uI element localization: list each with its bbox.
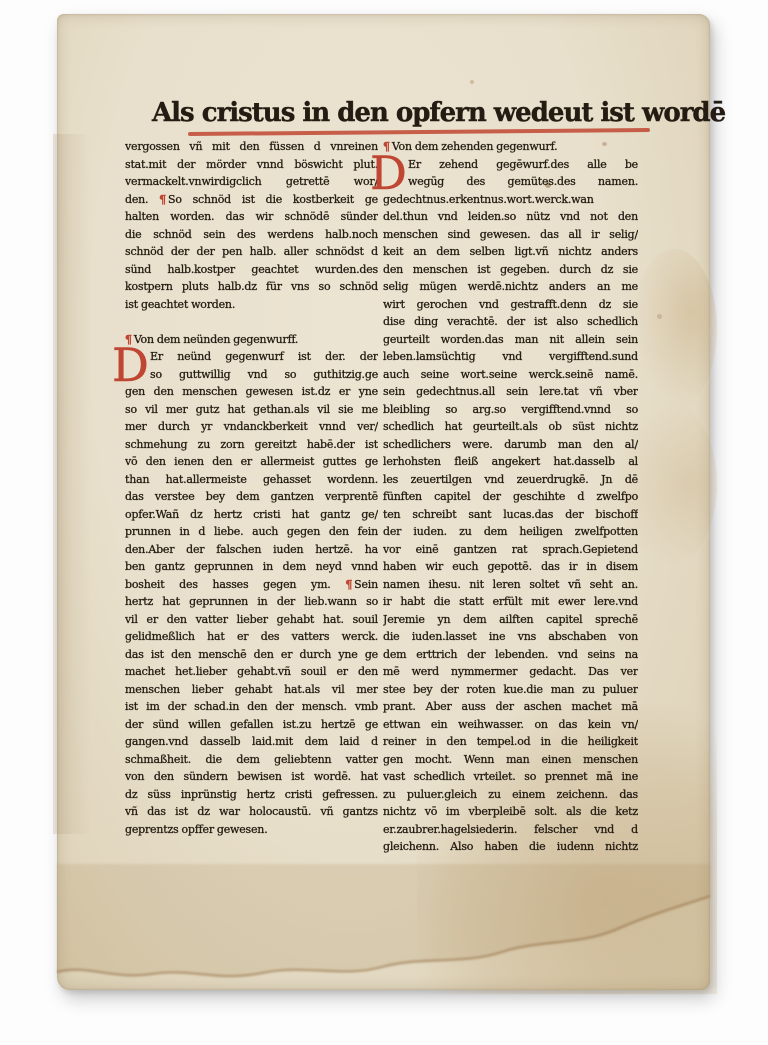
text-line: ten schreibt sant lucas.das der bischoff [383, 506, 638, 524]
text-line: ir habt die statt erfült mit ewer lere.v… [383, 593, 638, 611]
text-line: prant. Aber auss der aschen machet mā [383, 698, 638, 716]
lombard-initial: D [370, 157, 404, 191]
lombard-initial: D [112, 349, 146, 383]
text-line: sünd halb.kostper geachtet wurden.des [125, 261, 378, 279]
text-line: den. ¶So schnöd ist die kostberkeit ge [125, 191, 378, 209]
text-line: wegūg des gemütes.des namen. [408, 173, 638, 191]
text-line: ist geachtet worden. [125, 296, 378, 314]
text-line: than hat.allermeiste gehasset wordenn. [125, 471, 378, 489]
text-line: vñ das ist dz war holocaustū. vñ gantzs [125, 803, 378, 821]
text-line: geprentzs opffer gewesen. [125, 821, 378, 839]
text-line: vergossen vñ mit den füssen d vnreinen [125, 138, 378, 156]
text-line: del.thun vnd leiden.so nütz vnd not den [383, 208, 638, 226]
text-line: gangen.vnd dasselb laid.mit dem laid d [125, 733, 378, 751]
stain [632, 249, 717, 409]
fox-spot [657, 314, 662, 319]
text-line: schmaßheit. die dem geliebtenn vatter [125, 751, 378, 769]
text-line: leben.lamsüchtig vnd vergifftend.sund [383, 348, 638, 366]
text-line: menschen lieber gehabt hat.als vil mer [125, 681, 378, 699]
text-line: mē werd nymmermer gedacht. Das ver [383, 663, 638, 681]
text-line: nichtz vō im vberpleibē solt. als die ke… [383, 803, 638, 821]
text-line: kostpern pluts halb.dz für vns so schnöd [125, 278, 378, 296]
incunable-leaf: Als cristus in den opfern wedeut ist wor… [57, 14, 710, 990]
text-line: den.Aber der falschen iuden hertzē. ha [125, 541, 378, 559]
text-line: prunnen in d liebe. auch gegen den fein [125, 523, 378, 541]
text-line: schmehung zu zorn gereitzt habē.der ist [125, 436, 378, 454]
text-line: ist im der schad.in den der mensch. vmb [125, 698, 378, 716]
text-line: der iuden. zu dem heiligen zwelfpotten [383, 523, 638, 541]
tideline-graphic [57, 864, 710, 990]
text-line: vō den ienen den er allermeist guttes ge [125, 453, 378, 471]
text-line: bosheit des hasses gegen ym. ¶Sein [125, 576, 378, 594]
text-line: keit an dem selben ligt.vñ nichtz anders [383, 243, 638, 261]
text-line: schnöd der der pen halb. aller schnödst … [125, 243, 378, 261]
text-line: namen ihesu. nit leren soltet vñ seht an… [383, 576, 638, 594]
text-line: auch seine wort.seine werck.seinē namē. [383, 366, 638, 384]
text-line: so guttwillig vnd so guthitzig.ge [150, 366, 378, 384]
text-line: ben gantz geprunnen in dem neyd vnnd [125, 558, 378, 576]
water-stain-tideline [57, 864, 710, 990]
text-line: les zeuertilgen vnd zeuerdrugkē. Jn dē [383, 471, 638, 489]
text-line: selig mügen werdē.nichtz anders an me [383, 278, 638, 296]
text-line: vast schedlich vrteilet. so prennet mā i… [383, 768, 638, 786]
text-line: Er zehend gegēwurf.des alle be [408, 156, 638, 174]
text-line: machet het.lieber gehabt.vñ souil er den [125, 663, 378, 681]
paragraph: vergossen vñ mit den füssen d vnreinenst… [125, 138, 378, 313]
text-line: gedechtnus.erkentnus.wort.werck.wan [383, 191, 638, 209]
text-line: dem erttrich der lebenden. vnd seins na [383, 646, 638, 664]
text-line: halten worden. das wir schnödē sünder [125, 208, 378, 226]
text-line: gleichenn. Also haben die iudenn nichtz [383, 838, 638, 856]
text-line: haben wir euch gepottē. das ir in disem [383, 558, 638, 576]
text-line: die schnöd sein des werdens halb.noch [125, 226, 378, 244]
text-line: vermackelt.vnwirdigclich getrettē wor/ [125, 173, 378, 191]
text-line: opfer.Wañ dz hertz cristi hat gantz ge/ [125, 506, 378, 524]
text-line: gelidmeßlich hat er des vatters werck. [125, 628, 378, 646]
text-line: reiner in den tempel.od in die heiligkei… [383, 733, 638, 751]
text-line: dise ding verachtē. der ist also schedli… [383, 313, 638, 331]
text-line: vil er den vatter lieber gehabt hat. sou… [125, 611, 378, 629]
text-column-right: ¶Von dem zehenden gegenwurf.DEr zehend g… [383, 138, 638, 856]
text-line: den menschen ist gegeben. durch dz sie [383, 261, 638, 279]
fox-spot [470, 80, 474, 84]
text-line: bleibling so arg.so vergifftend.vnnd so [383, 401, 638, 419]
text-line: er.zaubrer.hagelsiederin. felscher vnd d [383, 821, 638, 839]
section-heading: ¶Von dem neünden gegenwurff. [125, 331, 378, 349]
text-line: die iuden.lasset ine vns abschaben von [383, 628, 638, 646]
section-heading: ¶Von dem zehenden gegenwurf. [383, 138, 638, 156]
pilcrow-mark: ¶ [345, 578, 354, 591]
pilcrow-mark: ¶ [125, 333, 134, 346]
text-line: stee bey der roten kue.die man zu puluer [383, 681, 638, 699]
pilcrow-mark: ¶ [383, 140, 392, 153]
text-line: lerhohsten fleiß angekert hat.dasselb al [383, 453, 638, 471]
text-line: das ist den menschē den er durch yne ge [125, 646, 378, 664]
text-line: vor einē gantzen rat sprach.Gepietend [383, 541, 638, 559]
text-line: Er neünd gegenwurf ist der. der [150, 348, 378, 366]
text-line: der sünd willen gefallen ist.zu hertzē g… [125, 716, 378, 734]
paragraph: DEr zehend gegēwurf.des alle bewegūg des… [383, 156, 638, 856]
rubric-underline [188, 128, 650, 136]
page-headline: Als cristus in den opfern wedeut ist wor… [152, 98, 662, 128]
text-line: schedlich hat geurteilt.als ob süst nich… [383, 418, 638, 436]
text-line: Jeremie yn dem ailften capitel sprechē [383, 611, 638, 629]
text-line: fünften capitel der geschihte d zwelfpo [383, 488, 638, 506]
text-line: hertz hat geprunnen in der lieb.wann so [125, 593, 378, 611]
pilcrow-mark: ¶ [159, 193, 168, 206]
text-line: so vil mer gutz hat gethan.als vil sie m… [125, 401, 378, 419]
text-line: dz süss inprünstig hertz cristi gefresse… [125, 786, 378, 804]
text-line: das verstee bey dem gantzen verprentē [125, 488, 378, 506]
text-line: mer durch yr vndanckberkeit vnnd ver/ [125, 418, 378, 436]
text-line: gen mocht. Wenn man einen menschen [383, 751, 638, 769]
text-line: wirt gerochen vnd gestrafft.denn dz sie [383, 296, 638, 314]
photograph-background: Als cristus in den opfern wedeut ist wor… [0, 0, 768, 1045]
text-line: von den sündern bewisen ist wordē. hat [125, 768, 378, 786]
text-line: stat.mit der mörder vnnd böswicht plut. [125, 156, 378, 174]
text-line: zu puluer.gleich zu einem zeichenn. das [383, 786, 638, 804]
text-line: sein gedechtnus.all sein lere.tat vñ vbe… [383, 383, 638, 401]
stain [53, 134, 91, 834]
text-line: menschen sind gewesen. das all ir selig/ [383, 226, 638, 244]
blank-line [125, 313, 378, 331]
text-column-left: vergossen vñ mit den füssen d vnreinenst… [125, 138, 378, 838]
text-line: gen den menschen gewesen ist.dz er yne [125, 383, 378, 401]
text-line: ettwan ein weihwasser. on das kein vn/ [383, 716, 638, 734]
text-line: schedlichers were. darumb man den al/ [383, 436, 638, 454]
text-line: geurteilt worden.das man nit allein sein [383, 331, 638, 349]
paragraph: DEr neünd gegenwurf ist der. derso guttw… [125, 348, 378, 838]
